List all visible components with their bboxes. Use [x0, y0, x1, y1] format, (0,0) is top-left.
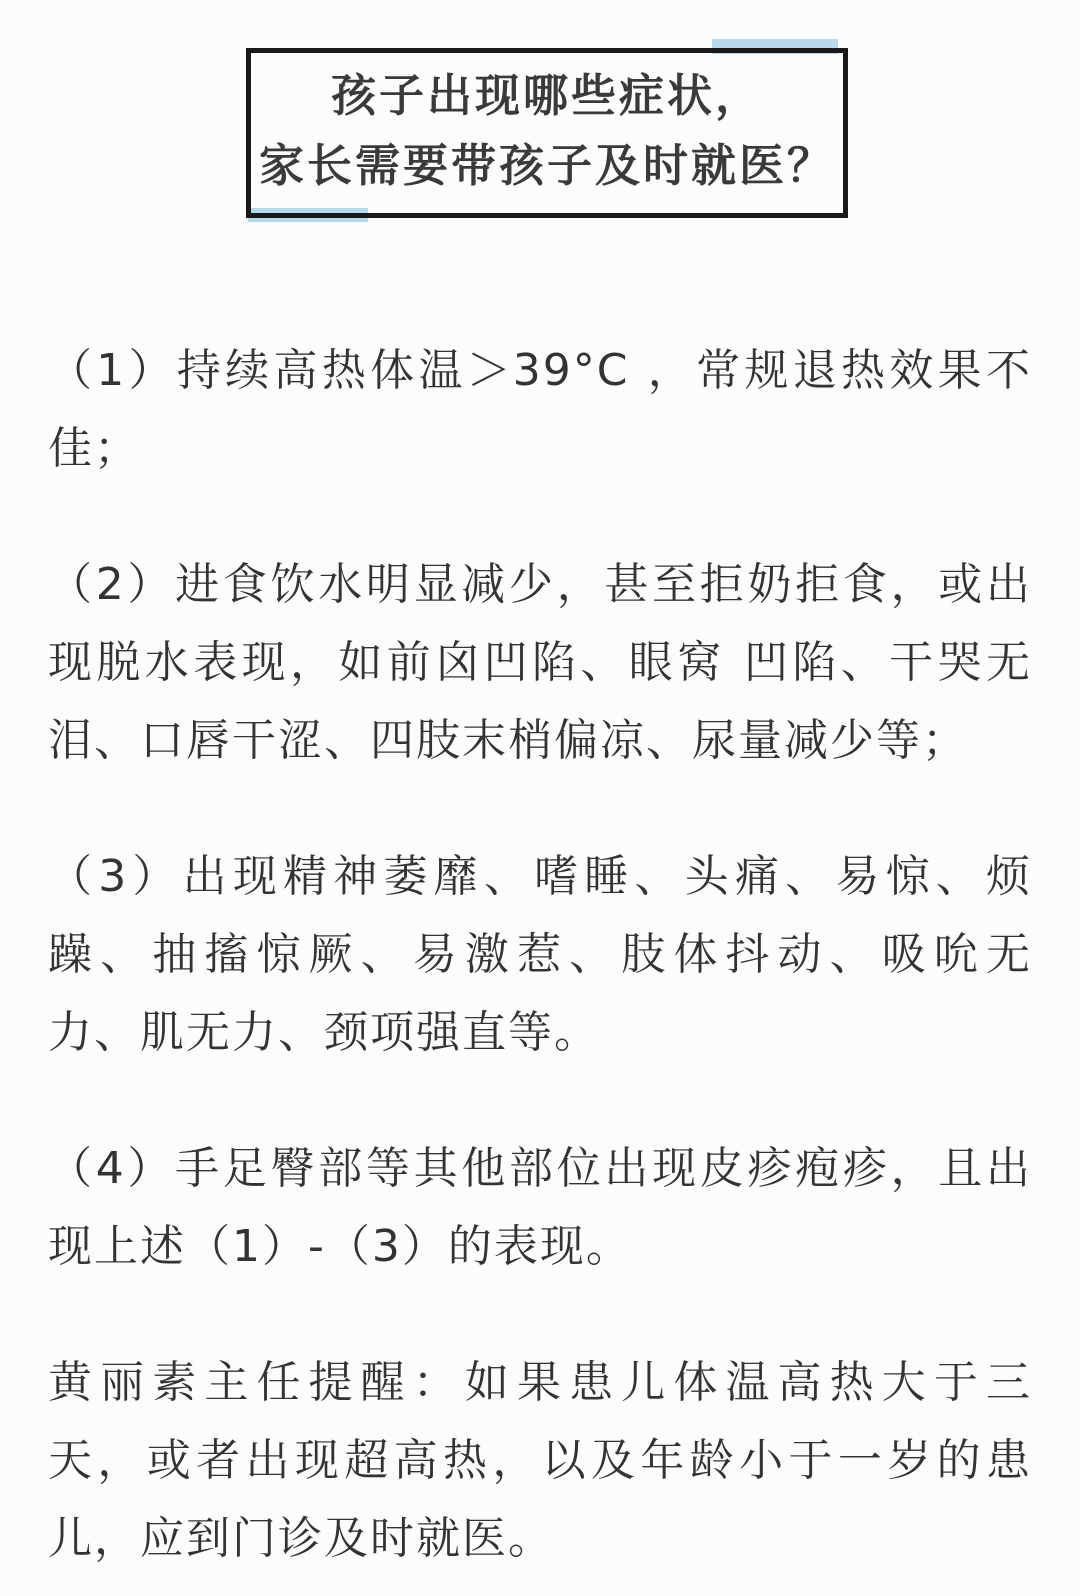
- paragraph: 黄丽素主任提醒：如果患儿体温高热大于三天，或者出现超高热，以及年龄小于一岁的患儿…: [48, 1344, 1032, 1578]
- text-line: 儿，应到门诊及时就医。: [48, 1500, 1032, 1578]
- title-box-wrapper: 孩子出现哪些症状， 家长需要带孩子及时就医？: [246, 48, 848, 218]
- paragraph: （3）出现精神萎靡、嗜睡、头痛、易惊、烦躁、抽搐惊厥、易激惹、肢体抖动、吸吮无力…: [48, 838, 1032, 1072]
- text-line: 力、肌无力、颈项强直等。: [48, 994, 1032, 1072]
- title-line-1: 孩子出现哪些症状，: [251, 61, 843, 131]
- text-line: 躁、抽搐惊厥、易激惹、肢体抖动、吸吮无: [48, 916, 1032, 994]
- text-line: （2）进食饮水明显减少，甚至拒奶拒食，或出: [48, 546, 1032, 624]
- title-line-2: 家长需要带孩子及时就医？: [251, 131, 843, 201]
- text-line: （1）持续高热体温＞39°C ，常规退热效果不: [48, 332, 1032, 410]
- title-box: 孩子出现哪些症状， 家长需要带孩子及时就医？: [246, 48, 848, 218]
- article-body: （1）持续高热体温＞39°C ，常规退热效果不佳；（2）进食饮水明显减少，甚至拒…: [0, 332, 1080, 1578]
- text-line: 佳；: [48, 410, 1032, 488]
- text-line: （4）手足臀部等其他部位出现皮疹疱疹，且出: [48, 1130, 1032, 1208]
- paragraph: （4）手足臀部等其他部位出现皮疹疱疹，且出现上述（1）-（3）的表现。: [48, 1130, 1032, 1286]
- text-line: 天，或者出现超高热，以及年龄小于一岁的患: [48, 1422, 1032, 1500]
- text-line: 现脱水表现，如前囟凹陷、眼窝 凹陷、干哭无: [48, 624, 1032, 702]
- paragraph: （1）持续高热体温＞39°C ，常规退热效果不佳；: [48, 332, 1032, 488]
- text-line: 现上述（1）-（3）的表现。: [48, 1208, 1032, 1286]
- paragraph: （2）进食饮水明显减少，甚至拒奶拒食，或出现脱水表现，如前囟凹陷、眼窝 凹陷、干…: [48, 546, 1032, 780]
- text-line: 泪、口唇干涩、四肢末梢偏凉、尿量减少等；: [48, 702, 1032, 780]
- article-page: 孩子出现哪些症状， 家长需要带孩子及时就医？ （1）持续高热体温＞39°C ，常…: [0, 0, 1080, 1596]
- text-line: （3）出现精神萎靡、嗜睡、头痛、易惊、烦: [48, 838, 1032, 916]
- text-line: 黄丽素主任提醒：如果患儿体温高热大于三: [48, 1344, 1032, 1422]
